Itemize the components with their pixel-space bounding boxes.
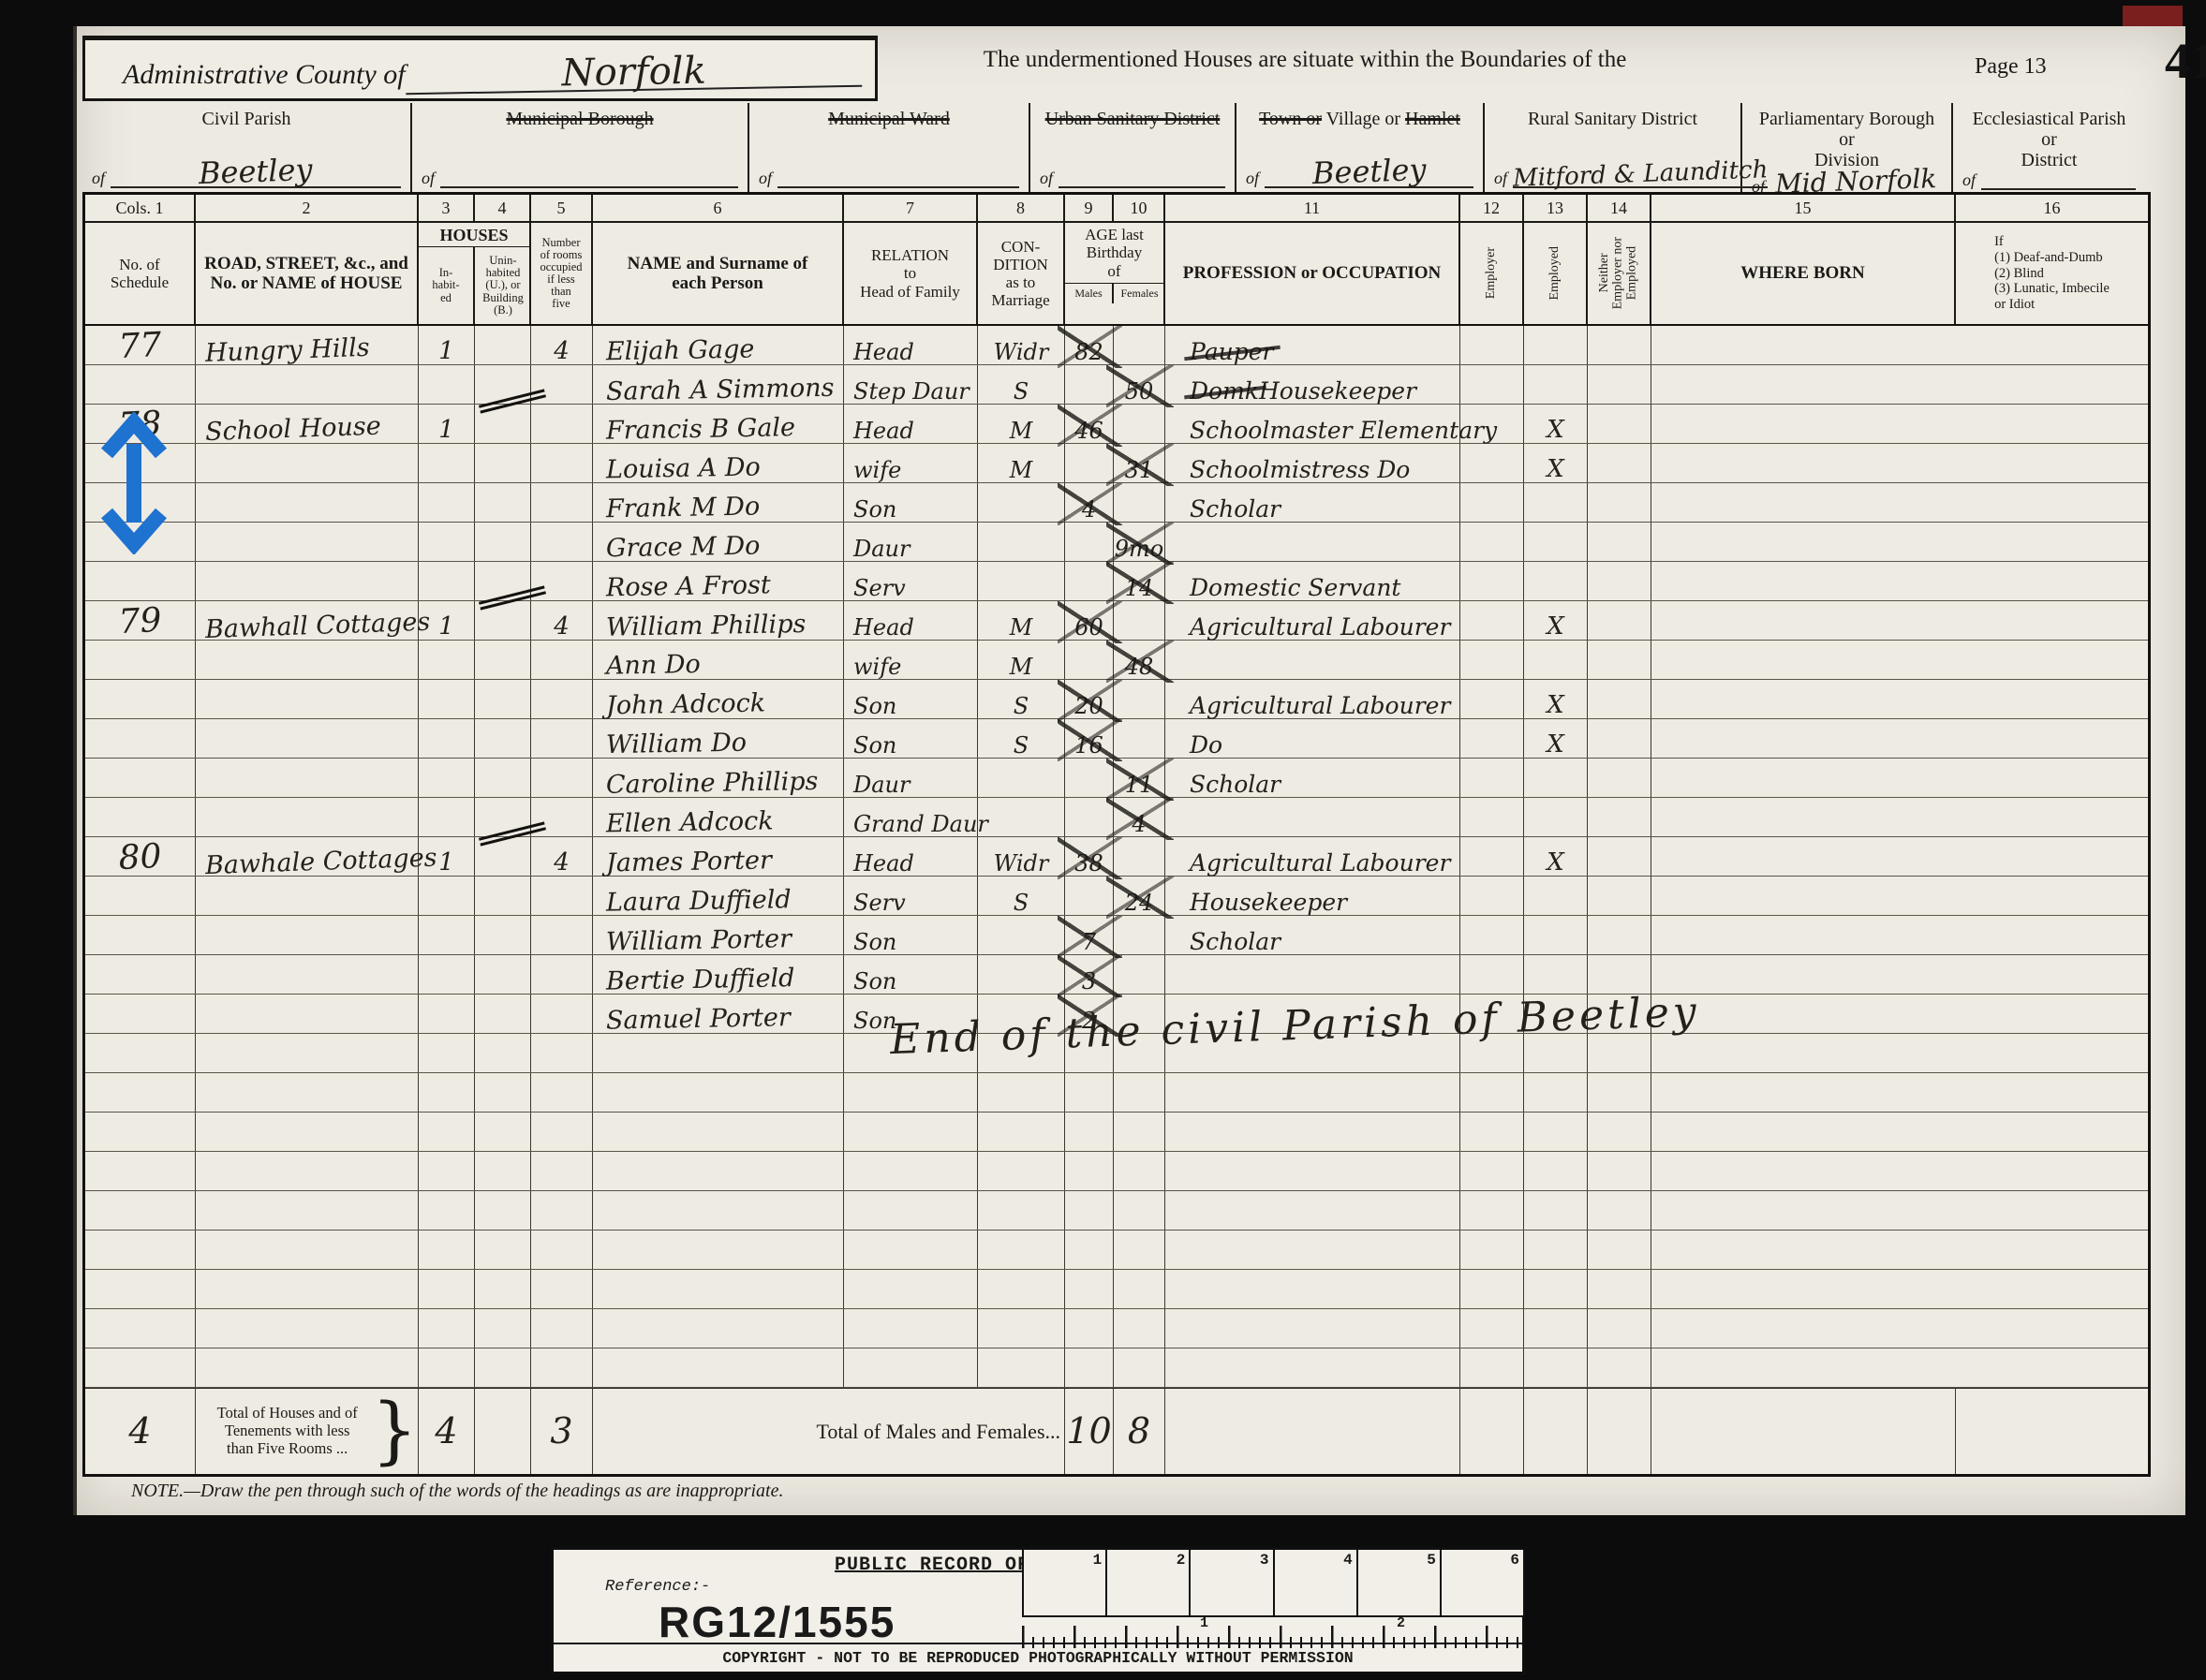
cell-where-born: DoGressenhall: [1651, 680, 2206, 718]
cell-uninhabited: [475, 483, 531, 522]
cell-house: [196, 562, 419, 600]
cell-neither: [1588, 719, 1651, 758]
cell-age-female: [1114, 1073, 1165, 1112]
cell-condition: [978, 1073, 1065, 1112]
cell-inhabited: [419, 1152, 475, 1190]
cell-uninhabited: [475, 955, 531, 994]
cell-name: Caroline Phillips: [593, 759, 844, 797]
cell-neither: [1588, 1348, 1651, 1387]
district-parliamentary: Parliamentary Borough or Division of Mid…: [1742, 103, 1953, 192]
cell-age-male: [1065, 1113, 1114, 1151]
cell-employer: [1460, 1270, 1524, 1308]
cell-neither: [1588, 680, 1651, 718]
header-relation: RELATION to Head of Family: [844, 223, 976, 324]
total-rooms-value: 3: [531, 1389, 593, 1474]
cell-where-born: [1651, 1309, 2206, 1348]
cell-relation: Son: [844, 483, 978, 522]
cell-age-male: 7: [1065, 916, 1114, 954]
table-row: [85, 1270, 2148, 1309]
cell-inhabited: [419, 798, 475, 836]
cell-house: [196, 365, 419, 404]
cell-name: Elijah Gage: [593, 326, 844, 364]
cell-rooms: [531, 1073, 593, 1112]
cell-occupation: [1165, 1113, 1460, 1151]
cell-employer: [1460, 955, 1524, 994]
cell-relation: [844, 1113, 978, 1151]
cell-age-male: [1065, 1191, 1114, 1230]
cell-neither: [1588, 1073, 1651, 1112]
district-ecclesiastical: Ecclesiastical Parish or District of: [1953, 103, 2145, 192]
cell-inhabited: [419, 1309, 475, 1348]
cell-age-male: 20: [1065, 680, 1114, 718]
cell-employed: [1524, 1309, 1588, 1348]
cell-neither: [1588, 1270, 1651, 1308]
cell-occupation: Scholar: [1165, 916, 1460, 954]
cell-inhabited: [419, 759, 475, 797]
cell-schedule: 77: [85, 326, 196, 364]
cell-where-born: [1651, 1113, 2206, 1151]
cell-occupation: [1165, 798, 1460, 836]
cell-employer: [1460, 483, 1524, 522]
cell-relation: Head: [844, 326, 978, 364]
cell-employer: [1460, 562, 1524, 600]
cell-age-female: 31: [1114, 444, 1165, 482]
cell-where-born: DoDo: [1651, 523, 2206, 561]
cell-neither: [1588, 326, 1651, 364]
rural-sanitary-value: Mitford & Launditch: [1513, 159, 1769, 189]
cell-where-born: DoDo: [1651, 719, 2206, 758]
cell-relation: [844, 1152, 978, 1190]
cell-where-born: [1651, 1152, 2206, 1190]
cell-age-female: [1114, 1191, 1165, 1230]
cell-employed: X: [1524, 444, 1588, 482]
cell-where-born: NorfolkBeetley: [1651, 483, 2206, 522]
header-infirmity: If (1) Deaf-and-Dumb (2) Blind (3) Lunat…: [1956, 223, 2148, 324]
district-urban-sanitary: Urban Sanitary District of: [1030, 103, 1236, 192]
cell-rooms: [531, 1309, 593, 1348]
census-table: Cols. 1 2 3 4 5 6 7 8 9 10 11 12 13 14 1…: [82, 192, 2151, 1477]
cell-rooms: [531, 916, 593, 954]
cell-inhabited: [419, 1073, 475, 1112]
cell-rooms: 4: [531, 837, 593, 876]
header-age-group: AGE last Birthday of Males Females: [1065, 223, 1165, 324]
table-row: [85, 1309, 2148, 1348]
cell-inhabited: 1: [419, 326, 475, 364]
cell-age-female: [1114, 680, 1165, 718]
cell-age-female: [1114, 1348, 1165, 1387]
table-row: Frank M Do Son 4 Scholar NorfolkBeetley: [85, 483, 2148, 523]
cell-schedule: [85, 1231, 196, 1269]
cell-house: [196, 444, 419, 482]
cell-schedule: [85, 1191, 196, 1230]
cell-rooms: [531, 1191, 593, 1230]
table-row: [85, 1231, 2148, 1270]
cell-age-male: 16: [1065, 719, 1114, 758]
cell-occupation: Scholar: [1165, 483, 1460, 522]
cell-rooms: 4: [531, 601, 593, 640]
cell-uninhabited: [475, 326, 531, 364]
cell-occupation: [1165, 1348, 1460, 1387]
cell-schedule: [85, 1309, 196, 1348]
cell-condition: Widr: [978, 326, 1065, 364]
cell-condition: [978, 562, 1065, 600]
table-row: 79 Bawhall Cottages 1 4 William Phillips…: [85, 601, 2148, 641]
cell-occupation: [1165, 1309, 1460, 1348]
cell-inhabited: [419, 523, 475, 561]
table-row: Ann Do wife M 48 DoSparham: [85, 641, 2148, 680]
cell-relation: [844, 1270, 978, 1308]
cell-schedule: [85, 1073, 196, 1112]
cell-schedule: [85, 719, 196, 758]
cell-rooms: [531, 1270, 593, 1308]
cell-inhabited: [419, 1231, 475, 1269]
cell-relation: [844, 1348, 978, 1387]
cell-age-male: [1065, 1270, 1114, 1308]
cell-house: [196, 1073, 419, 1112]
cell-inhabited: [419, 680, 475, 718]
cell-house: [196, 680, 419, 718]
cell-house: [196, 523, 419, 561]
cell-relation: [844, 1231, 978, 1269]
admin-county-label: Administrative County of: [123, 59, 406, 91]
cell-neither: [1588, 955, 1651, 994]
cell-rooms: [531, 759, 593, 797]
page-number: Page 13: [1975, 54, 2115, 80]
cell-neither: [1588, 837, 1651, 876]
cell-uninhabited: [475, 877, 531, 915]
cell-condition: S: [978, 877, 1065, 915]
cell-where-born: [1651, 1348, 2206, 1387]
cell-employer: [1460, 601, 1524, 640]
cell-house: [196, 1152, 419, 1190]
cell-name: Bertie Duffield: [593, 955, 844, 994]
cell-condition: [978, 523, 1065, 561]
district-header-row: Civil Parish of Beetley Municipal Boroug…: [82, 103, 2145, 192]
cell-house: [196, 995, 419, 1033]
table-row: Caroline Phillips Daur 11 Scholar DoBeet…: [85, 759, 2148, 798]
cell-uninhabited: [475, 759, 531, 797]
cell-employer: [1460, 326, 1524, 364]
cell-condition: S: [978, 719, 1065, 758]
cell-neither: [1588, 562, 1651, 600]
header-where-born: WHERE BORN: [1651, 223, 1954, 324]
cell-employer: [1460, 365, 1524, 404]
cell-where-born: DoRockland St Mary: [1651, 837, 2206, 876]
cell-house: [196, 719, 419, 758]
cell-neither: [1588, 1231, 1651, 1269]
cell-house: Bawhale Cottages: [196, 837, 419, 876]
cell-relation: Serv: [844, 562, 978, 600]
table-row: 78 School House 1 Francis B Gale Head M …: [85, 405, 2148, 444]
cell-condition: [978, 1348, 1065, 1387]
cell-employed: [1524, 365, 1588, 404]
header-employer: Employer: [1460, 223, 1524, 324]
cell-age-female: [1114, 916, 1165, 954]
cell-rooms: [531, 877, 593, 915]
cell-employed: [1524, 1348, 1588, 1387]
cell-employer: [1460, 1309, 1524, 1348]
cell-inhabited: [419, 1348, 475, 1387]
cell-uninhabited: [475, 837, 531, 876]
cell-age-female: [1114, 326, 1165, 364]
table-row: Rose A Frost Serv 14 Domestic Servant Do…: [85, 562, 2148, 601]
cell-name: [593, 1191, 844, 1230]
cell-inhabited: [419, 1270, 475, 1308]
corner-red-mark: [2123, 6, 2183, 28]
cell-name: [593, 1309, 844, 1348]
cell-uninhabited: [475, 523, 531, 561]
cell-condition: [978, 798, 1065, 836]
census-form-paper: 41 Administrative County of Norfolk The …: [73, 26, 2185, 1515]
cell-uninhabited: [475, 641, 531, 679]
administrative-county-box: Administrative County of Norfolk: [82, 36, 878, 101]
cell-house: [196, 1231, 419, 1269]
district-town-village: Town or Village or Hamlet of Beetley: [1236, 103, 1485, 192]
cell-occupation: Schoolmaster Elementary: [1165, 405, 1460, 443]
cell-house: [196, 641, 419, 679]
cell-relation: Grand Daur: [844, 798, 978, 836]
cell-age-female: [1114, 1152, 1165, 1190]
cell-employed: [1524, 798, 1588, 836]
cell-employed: [1524, 483, 1588, 522]
table-row: 77 Hungry Hills 1 4 Elijah Gage Head Wid…: [85, 326, 2148, 365]
cell-employer: [1460, 444, 1524, 482]
cell-uninhabited: [475, 1348, 531, 1387]
table-row: William Do Son S 16 Do X DoDo: [85, 719, 2148, 759]
cell-occupation: Housekeeper: [1165, 877, 1460, 915]
table-row: William Porter Son 7 Scholar DoRockland …: [85, 916, 2148, 955]
cell-house: [196, 1113, 419, 1151]
cell-inhabited: [419, 365, 475, 404]
table-row: [85, 1191, 2148, 1231]
cell-age-female: [1114, 483, 1165, 522]
cell-rooms: [531, 995, 593, 1033]
cell-rooms: [531, 444, 593, 482]
totals-row: 4 Total of Houses and of Tenements with …: [85, 1388, 2148, 1474]
cell-employed: [1524, 1113, 1588, 1151]
cell-age-male: 46: [1065, 405, 1114, 443]
cell-uninhabited: [475, 1309, 531, 1348]
cell-age-female: [1114, 1270, 1165, 1308]
header-neither: Neither Employer nor Employed: [1588, 223, 1651, 324]
header-schedule: No. of Schedule: [85, 223, 194, 324]
cell-neither: [1588, 877, 1651, 915]
cell-age-female: 48: [1114, 641, 1165, 679]
cell-name: Louisa A Do: [593, 444, 844, 482]
cell-condition: [978, 1231, 1065, 1269]
cell-rooms: [531, 1152, 593, 1190]
cell-age-male: [1065, 1073, 1114, 1112]
town-village-value: Beetley: [1311, 157, 1426, 186]
cell-employed: [1524, 916, 1588, 954]
cell-name: [593, 1231, 844, 1269]
cell-age-female: 50: [1114, 365, 1165, 404]
cell-house: [196, 1034, 419, 1072]
cell-condition: [978, 955, 1065, 994]
cell-neither: [1588, 1113, 1651, 1151]
cell-condition: M: [978, 405, 1065, 443]
cell-name: [593, 1348, 844, 1387]
cell-house: [196, 877, 419, 915]
cell-occupation: [1165, 1073, 1460, 1112]
cell-employer: [1460, 405, 1524, 443]
district-rural-sanitary: Rural Sanitary District of Mitford & Lau…: [1485, 103, 1742, 192]
vertical-scroll-arrow-icon[interactable]: [97, 412, 170, 554]
cell-rooms: 4: [531, 326, 593, 364]
column-headers-row: No. of Schedule ROAD, STREET, &c., and N…: [85, 223, 2148, 326]
cell-name: Frank M Do: [593, 483, 844, 522]
cell-name: William Porter: [593, 916, 844, 954]
cell-house: Bawhall Cottages: [196, 601, 419, 640]
cell-occupation: Schoolmistress Do: [1165, 444, 1460, 482]
cell-uninhabited: [475, 1073, 531, 1112]
cell-uninhabited: [475, 1231, 531, 1269]
cell-employed: [1524, 641, 1588, 679]
cell-employed: X: [1524, 680, 1588, 718]
header-males: Males: [1065, 284, 1114, 303]
header-employed: Employed: [1524, 223, 1588, 324]
cell-relation: [844, 1073, 978, 1112]
cell-name: Ellen Adcock: [593, 798, 844, 836]
header-inhabited: In- habit- ed: [419, 247, 473, 324]
cell-uninhabited: [475, 916, 531, 954]
cell-house: School House: [196, 405, 419, 443]
ruler-centimeters: 1 2 3 4 5 6: [1022, 1550, 1525, 1617]
cell-relation: [844, 1309, 978, 1348]
cell-name: [593, 1073, 844, 1112]
cell-schedule: [85, 1034, 196, 1072]
cell-where-born: DoHorningtoft: [1651, 562, 2206, 600]
cell-rooms: [531, 1113, 593, 1151]
total-houses-label: Total of Houses and of Tenements with le…: [196, 1389, 419, 1474]
table-row: [85, 1073, 2148, 1113]
cell-inhabited: [419, 562, 475, 600]
header-name: NAME and Surname of each Person: [593, 223, 842, 324]
cell-relation: Daur: [844, 523, 978, 561]
cell-employer: [1460, 1152, 1524, 1190]
cell-employer: [1460, 1231, 1524, 1269]
cell-employer: [1460, 837, 1524, 876]
cell-name: Samuel Porter: [593, 995, 844, 1033]
cell-inhabited: [419, 641, 475, 679]
cell-name: Grace M Do: [593, 523, 844, 561]
table-row: Grace M Do Daur 9mo DoDo: [85, 523, 2148, 562]
cell-uninhabited: [475, 719, 531, 758]
cell-inhabited: [419, 1191, 475, 1230]
census-rows: 77 Hungry Hills 1 4 Elijah Gage Head Wid…: [85, 326, 2148, 1388]
cell-house: Hungry Hills: [196, 326, 419, 364]
cell-employer: [1460, 523, 1524, 561]
cell-schedule: [85, 916, 196, 954]
table-row: John Adcock Son S 20 Agricultural Labour…: [85, 680, 2148, 719]
cell-where-born: [1651, 1270, 2206, 1308]
table-row: Ellen Adcock Grand Daur 4 DoGressenhale: [85, 798, 2148, 837]
footnote: NOTE.—Draw the pen through such of the w…: [131, 1481, 783, 1502]
cell-occupation: [1165, 1191, 1460, 1230]
cell-inhabited: [419, 955, 475, 994]
cell-uninhabited: [475, 680, 531, 718]
cell-occupation: [1165, 955, 1460, 994]
cell-where-born: SuffolkBramfield: [1651, 444, 2206, 482]
cell-age-female: 24: [1114, 877, 1165, 915]
cell-relation: wife: [844, 641, 978, 679]
cell-age-female: 9mo: [1114, 523, 1165, 561]
cell-employer: [1460, 1113, 1524, 1151]
cell-neither: [1588, 365, 1651, 404]
cell-age-female: 14: [1114, 562, 1165, 600]
cell-schedule: [85, 365, 196, 404]
cell-where-born: DoGressenhall: [1651, 365, 2206, 404]
boundary-statement: The undermentioned Houses are situate wi…: [977, 47, 1633, 73]
cell-inhabited: [419, 1113, 475, 1151]
cell-neither: [1588, 759, 1651, 797]
cell-age-male: [1065, 1152, 1114, 1190]
cell-house: [196, 955, 419, 994]
cell-rooms: [531, 1348, 593, 1387]
cell-uninhabited: [475, 444, 531, 482]
cell-occupation: Domestic Servant: [1165, 562, 1460, 600]
cell-name: Sarah A Simmons: [593, 365, 844, 404]
cell-age-male: [1065, 1231, 1114, 1269]
cell-age-female: 11: [1114, 759, 1165, 797]
cell-condition: S: [978, 365, 1065, 404]
district-civil-parish: Civil Parish of Beetley: [82, 103, 412, 192]
cell-relation: Head: [844, 405, 978, 443]
table-row: 80 Bawhale Cottages 1 4 James Porter Hea…: [85, 837, 2148, 877]
cell-rooms: [531, 1034, 593, 1072]
cell-schedule: [85, 1113, 196, 1151]
cell-uninhabited: [475, 1152, 531, 1190]
cell-house: [196, 916, 419, 954]
cell-condition: [978, 1191, 1065, 1230]
total-schedules: 4: [85, 1389, 196, 1474]
cell-rooms: [531, 719, 593, 758]
cell-inhabited: [419, 995, 475, 1033]
cell-name: [593, 1270, 844, 1308]
cell-age-female: [1114, 955, 1165, 994]
cell-where-born: DoBeetley: [1651, 759, 2206, 797]
cell-where-born: [1651, 1191, 2206, 1230]
cell-neither: [1588, 601, 1651, 640]
cell-neither: [1588, 641, 1651, 679]
cell-where-born: DoSparham: [1651, 641, 2206, 679]
cell-employed: X: [1524, 601, 1588, 640]
cell-where-born: [1651, 1073, 2206, 1112]
cell-schedule: [85, 995, 196, 1033]
cell-neither: [1588, 444, 1651, 482]
cell-employer: [1460, 1073, 1524, 1112]
reference-label: Reference:-: [605, 1578, 710, 1596]
table-row: [85, 1113, 2148, 1152]
cell-uninhabited: [475, 405, 531, 443]
cell-name: William Do: [593, 719, 844, 758]
cell-employed: [1524, 523, 1588, 561]
cell-relation: Head: [844, 601, 978, 640]
cell-neither: [1588, 1309, 1651, 1348]
cell-employer: [1460, 759, 1524, 797]
cell-house: [196, 759, 419, 797]
cell-employed: [1524, 1152, 1588, 1190]
cell-age-female: 4: [1114, 798, 1165, 836]
cell-employer: [1460, 916, 1524, 954]
header-houses-group: HOUSES In- habit- ed Unin- habited (U.),…: [419, 223, 531, 324]
cell-employed: [1524, 1191, 1588, 1230]
cell-employed: [1524, 877, 1588, 915]
cell-age-female: [1114, 1309, 1165, 1348]
cell-schedule: [85, 641, 196, 679]
cell-condition: [978, 1270, 1065, 1308]
cell-inhabited: 1: [419, 837, 475, 876]
